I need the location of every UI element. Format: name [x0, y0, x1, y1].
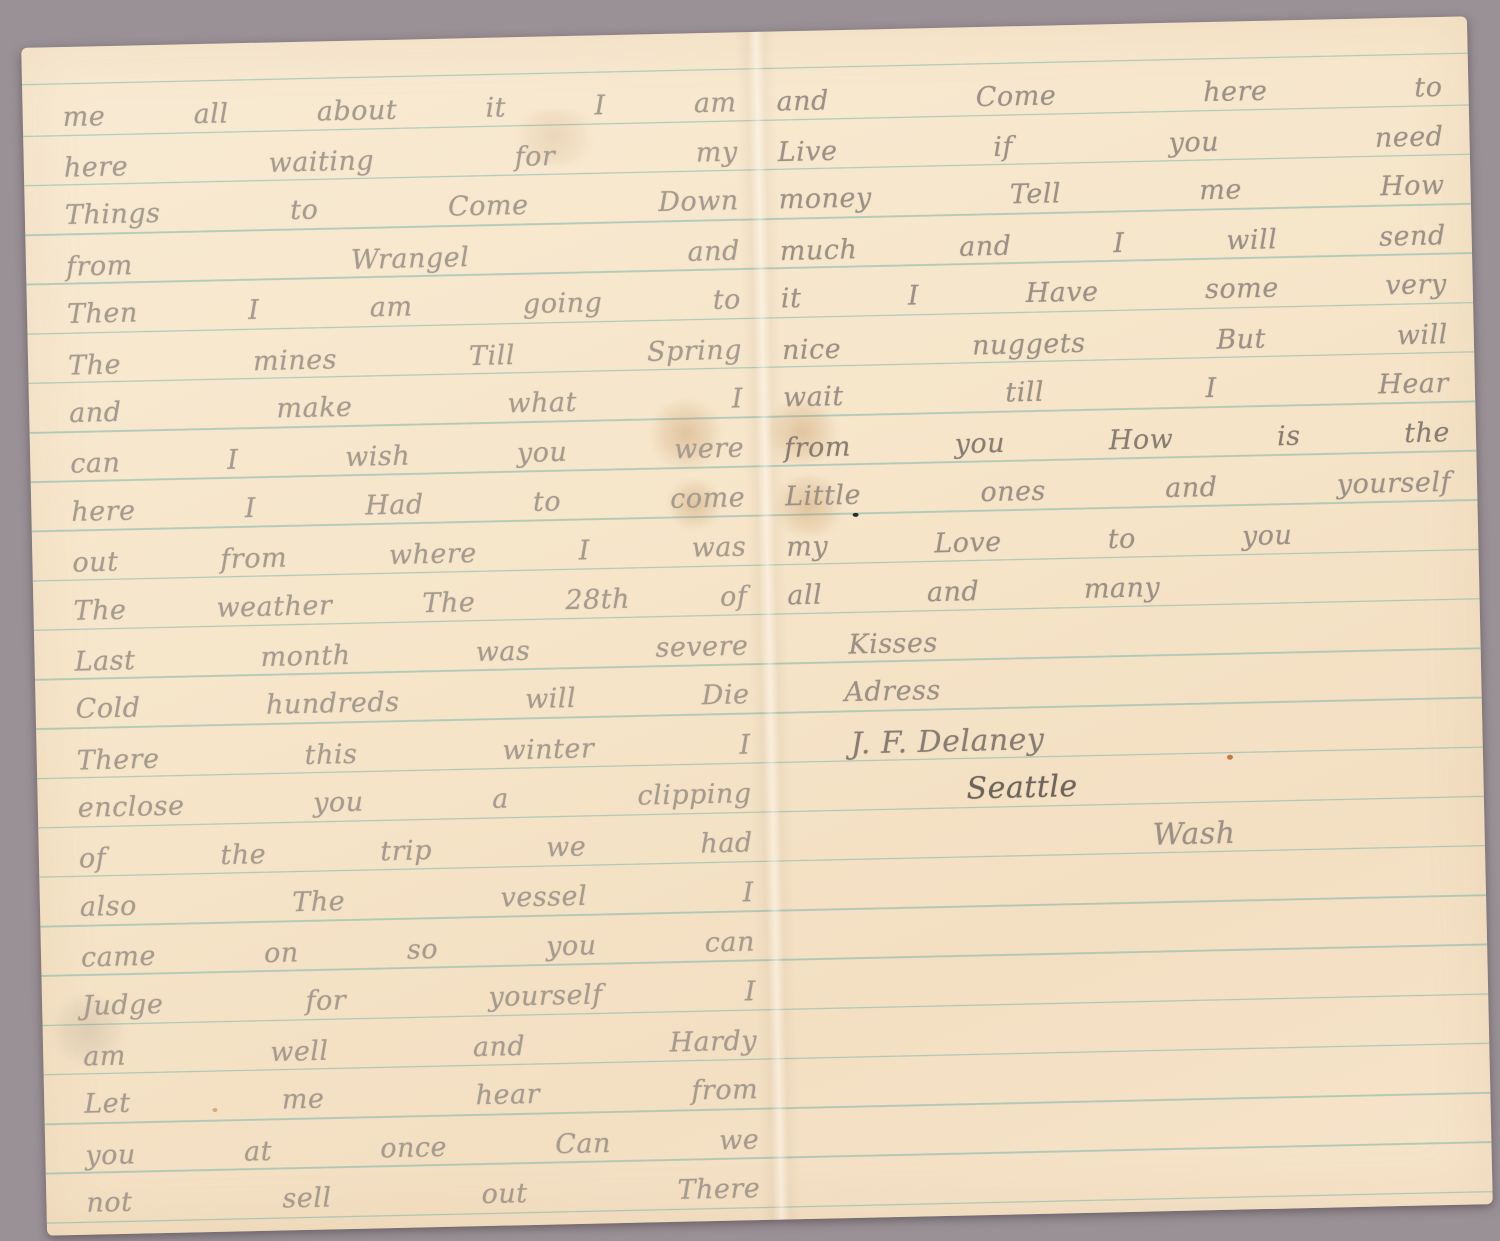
- letter-page-right: and Come here to Live if you need money …: [776, 56, 1459, 861]
- signature-state: Wash: [1152, 797, 1459, 854]
- letter-photo: me all about it I am here waiting for my…: [0, 0, 1500, 1241]
- handwritten-line: my Love to you: [786, 504, 1293, 565]
- letter-page-left: me all about it I am here waiting for my…: [62, 71, 761, 1221]
- letter-sheet: me all about it I am here waiting for my…: [21, 16, 1493, 1235]
- handwritten-line: all and many: [787, 556, 1161, 614]
